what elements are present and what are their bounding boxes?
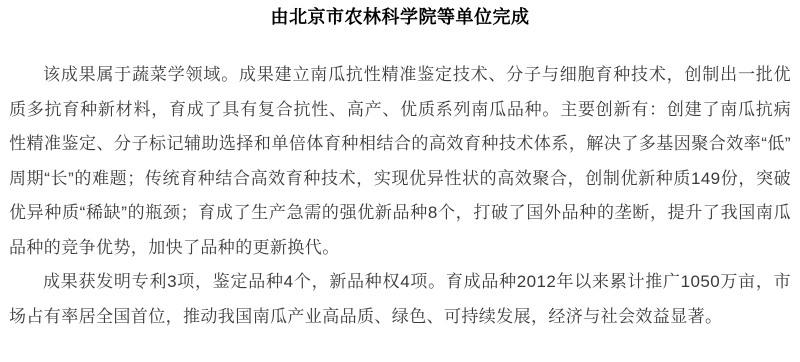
body-paragraph-1: 该成果属于蔬菜学领域。成果建立南瓜抗性精准鉴定技术、分子与细胞育种技术，创制出一…: [9, 58, 791, 265]
document-page: 由北京市农林科学院等单位完成 该成果属于蔬菜学领域。成果建立南瓜抗性精准鉴定技术…: [0, 0, 800, 362]
body-paragraph-2: 成果获发明专利3项，鉴定品种4个，新品种权4项。育成品种2012年以来累计推广1…: [9, 265, 791, 334]
document-title: 由北京市农林科学院等单位完成: [9, 6, 791, 28]
